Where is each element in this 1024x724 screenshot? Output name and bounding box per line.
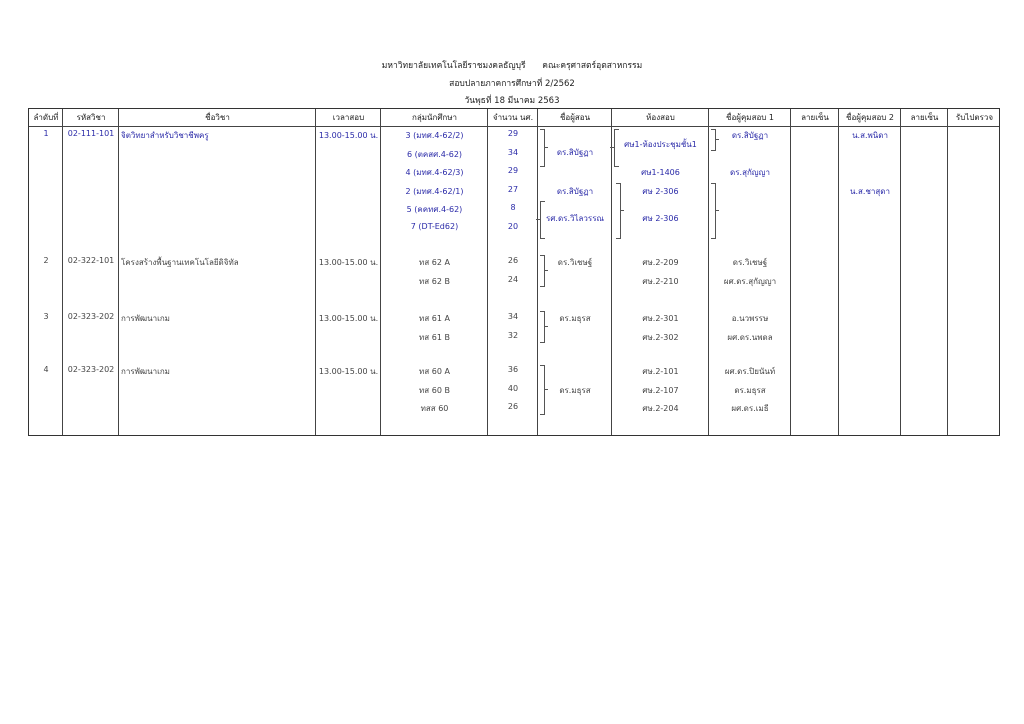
column-header: ชื่อผู้คุมสอบ 1 xyxy=(709,111,791,124)
student-count: 26 xyxy=(488,402,538,411)
proctor-1-name: อ.นวพรรษ xyxy=(709,312,791,325)
proctor-1-name: ผศ.ดร.ปิยนันท์ xyxy=(709,365,791,378)
exam-time: 13.00-15.00 น. xyxy=(316,312,381,325)
proctor-1-name: ผศ.ดร.เมธี xyxy=(709,402,791,415)
student-group: 7 (DT-Ed62) xyxy=(381,222,488,231)
exam-room: ศษ.2-101 xyxy=(612,365,709,378)
student-group: 6 (ตคสศ.4-62) xyxy=(381,148,488,161)
proctor-1-name: ดร.มธุรส xyxy=(709,384,791,397)
column-divider xyxy=(900,109,901,435)
column-header: รับไปตรวจ xyxy=(948,111,1001,124)
grouping-bracket xyxy=(616,183,621,239)
proctor-1-name: ดร.สุกัญญา xyxy=(709,166,791,179)
proctor-1-name: ดร.สิบัฐฏา xyxy=(709,129,791,142)
column-header: ลำดับที่ xyxy=(29,111,63,124)
grouping-bracket-tick xyxy=(620,210,624,211)
grouping-bracket xyxy=(540,365,545,415)
column-header: กลุ่มนักศึกษา xyxy=(381,111,488,124)
student-count: 36 xyxy=(488,365,538,374)
university-name: มหาวิทยาลัยเทคโนโลยีราชมงคลธัญบุรี xyxy=(382,61,526,71)
student-count: 20 xyxy=(488,222,538,231)
course-code: 02-111-101 xyxy=(63,129,119,138)
student-count: 32 xyxy=(488,331,538,340)
faculty-name: คณะครุศาสตร์อุตสาหกรรม xyxy=(542,61,642,71)
column-header: ลายเซ็น xyxy=(901,111,948,124)
student-count: 8 xyxy=(488,203,538,212)
exam-date: วันพุธที่ 18 มีนาคม 2563 xyxy=(0,93,1024,107)
grouping-bracket xyxy=(711,183,716,239)
exam-room: ศษ1-1406 xyxy=(612,166,709,179)
grouping-bracket xyxy=(540,311,545,343)
student-count: 24 xyxy=(488,275,538,284)
column-divider xyxy=(118,109,119,435)
student-count: 40 xyxy=(488,384,538,393)
student-count: 34 xyxy=(488,312,538,321)
exam-room: ศษ.2-302 xyxy=(612,331,709,344)
grouping-bracket xyxy=(614,129,619,167)
column-header: เวลาสอบ xyxy=(316,111,381,124)
exam-time: 13.00-15.00 น. xyxy=(316,256,381,269)
column-header: รหัสวิชา xyxy=(63,111,119,124)
proctor-1-name: ผศ.ดร.สุกัญญา xyxy=(709,275,791,288)
row-number: 3 xyxy=(29,312,63,321)
grouping-bracket-tick xyxy=(715,210,719,211)
exam-room: ศษ.2-301 xyxy=(612,312,709,325)
grouping-bracket xyxy=(540,201,545,239)
column-header: ห้องสอบ xyxy=(612,111,709,124)
student-count: 29 xyxy=(488,166,538,175)
column-divider xyxy=(838,109,839,435)
student-group: ทสส 60 xyxy=(381,402,488,415)
exam-room: ศษ.2-204 xyxy=(612,402,709,415)
grouping-bracket-tick xyxy=(544,389,548,390)
teacher-name: ดร.มธุรส xyxy=(538,384,612,397)
student-group: 5 (คคทศ.4-62) xyxy=(381,203,488,216)
column-header: ชื่อวิชา xyxy=(119,111,316,124)
student-group: 2 (มทศ.4-62/1) xyxy=(381,185,488,198)
student-group: ทส 61 B xyxy=(381,331,488,344)
student-count: 29 xyxy=(488,129,538,138)
exam-room: ศษ 2-306 xyxy=(612,212,709,225)
header-divider xyxy=(29,126,999,127)
proctor-1-name: ดร.วิเชษฐ์ xyxy=(709,256,791,269)
student-count: 27 xyxy=(488,185,538,194)
student-group: ทส 60 B xyxy=(381,384,488,397)
grouping-bracket-tick xyxy=(715,139,719,140)
exam-room: ศษ1-ห้องประชุมชั้น1 xyxy=(612,138,709,151)
teacher-name: ดร.สิบัฐฏา xyxy=(538,146,612,159)
student-group: 3 (มทศ.4-62/2) xyxy=(381,129,488,142)
grouping-bracket-tick xyxy=(610,147,614,148)
proctor-1-name: ผศ.ดร.นพดล xyxy=(709,331,791,344)
student-group: 4 (มทศ.4-62/3) xyxy=(381,166,488,179)
course-name: การพัฒนาเกม xyxy=(121,365,170,378)
student-count: 34 xyxy=(488,148,538,157)
exam-room: ศษ.2-209 xyxy=(612,256,709,269)
student-group: ทส 62 A xyxy=(381,256,488,269)
student-group: ทส 60 A xyxy=(381,365,488,378)
course-name: การพัฒนาเกม xyxy=(121,312,170,325)
row-number: 4 xyxy=(29,365,63,374)
row-number: 1 xyxy=(29,129,63,138)
student-count: 26 xyxy=(488,256,538,265)
grouping-bracket xyxy=(711,129,716,151)
exam-room: ศษ.2-210 xyxy=(612,275,709,288)
exam-room: ศษ.2-107 xyxy=(612,384,709,397)
exam-time: 13.00-15.00 น. xyxy=(316,365,381,378)
column-header: ชื่อผู้คุมสอบ 2 xyxy=(839,111,901,124)
grouping-bracket-tick xyxy=(536,219,540,220)
course-name: จิตวิทยาสำหรับวิชาชีพครู xyxy=(121,129,209,142)
grouping-bracket-tick xyxy=(544,147,548,148)
grouping-bracket-tick xyxy=(544,326,548,327)
teacher-name: ดร.สิบัฐฏา xyxy=(538,185,612,198)
column-divider xyxy=(315,109,316,435)
column-divider xyxy=(62,109,63,435)
course-code: 02-323-202 xyxy=(63,365,119,374)
column-divider xyxy=(947,109,948,435)
course-code: 02-323-202 xyxy=(63,312,119,321)
course-code: 02-322-101 xyxy=(63,256,119,265)
column-header: ชื่อผู้สอน xyxy=(538,111,612,124)
teacher-name: ดร.มธุรส xyxy=(538,312,612,325)
grouping-bracket-tick xyxy=(544,270,548,271)
column-header: จำนวน นศ. xyxy=(488,111,538,124)
row-number: 2 xyxy=(29,256,63,265)
column-header: ลายเซ็น xyxy=(791,111,839,124)
grouping-bracket xyxy=(540,129,545,167)
student-group: ทส 62 B xyxy=(381,275,488,288)
teacher-name: ดร.วิเชษฐ์ xyxy=(538,256,612,269)
exam-title: สอบปลายภาคการศึกษาที่ 2/2562 xyxy=(0,76,1024,90)
header-university-line: มหาวิทยาลัยเทคโนโลยีราชมงคลธัญบุรี คณะคร… xyxy=(0,58,1024,72)
exam-schedule-table: ลำดับที่รหัสวิชาชื่อวิชาเวลาสอบกลุ่มนักศ… xyxy=(28,108,1000,436)
exam-room: ศษ 2-306 xyxy=(612,185,709,198)
exam-time: 13.00-15.00 น. xyxy=(316,129,381,142)
proctor-2-name: น.ส.ชาสุดา xyxy=(839,185,901,198)
course-name: โครงสร้างพื้นฐานเทคโนโลยีดิจิทัล xyxy=(121,256,239,269)
student-group: ทส 61 A xyxy=(381,312,488,325)
teacher-name: รศ.ดร.วิไลวรรณ xyxy=(538,212,612,225)
grouping-bracket xyxy=(540,255,545,287)
proctor-2-name: น.ส.พนิดา xyxy=(839,129,901,142)
